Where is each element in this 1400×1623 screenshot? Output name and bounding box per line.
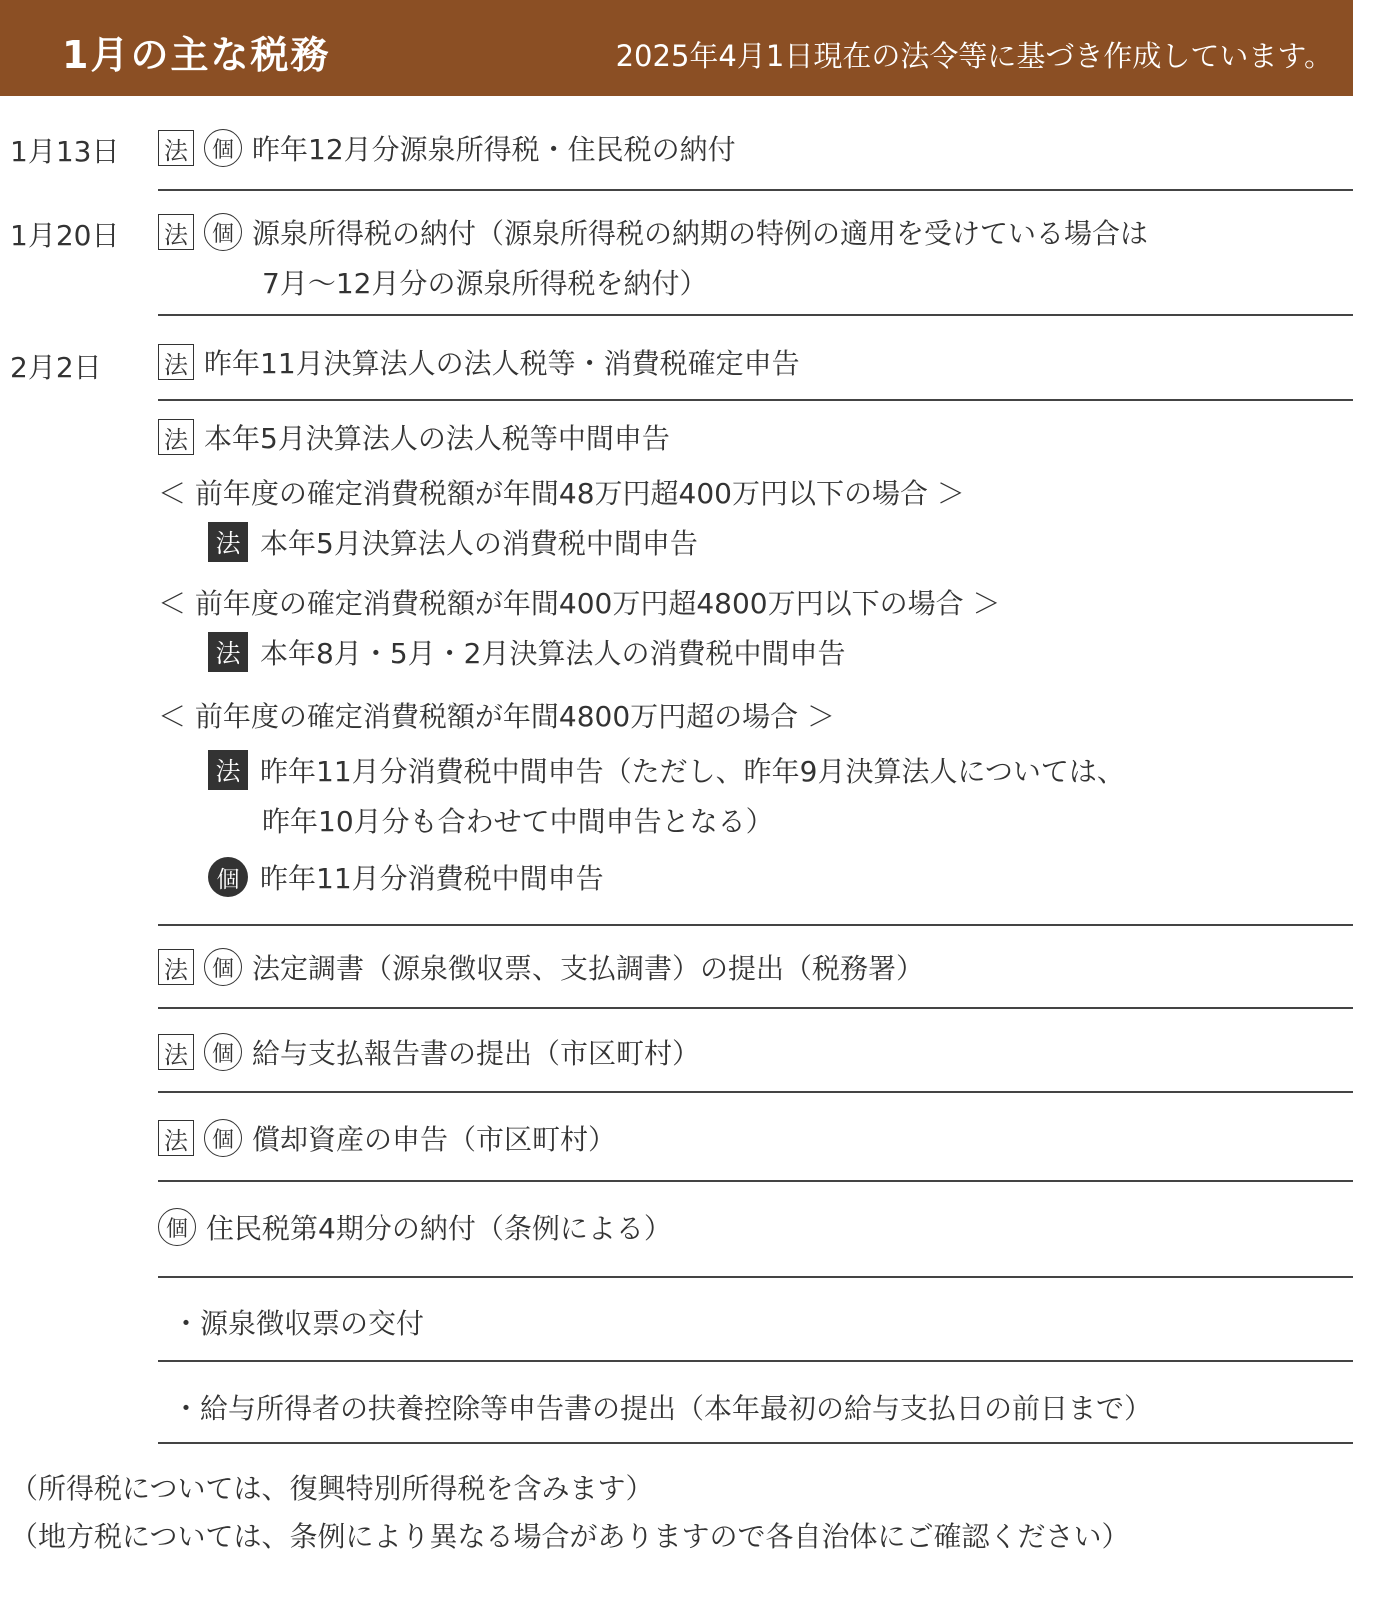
footnote: （地方税については、条例により異なる場合がありますので各自治体にご確認ください）: [10, 1515, 1129, 1555]
divider: [158, 1091, 1353, 1093]
condition-label: ＜ 前年度の確定消費税額が年間400万円超4800万円以下の場合 ＞: [158, 582, 1001, 622]
list-item: 法 個 源泉所得税の納付（源泉所得税の納期の特例の適用を受けている場合は: [158, 212, 1148, 252]
list-item: 法 本年5月決算法人の法人税等中間申告: [158, 417, 670, 457]
list-item: 個 住民税第4期分の納付（条例による）: [158, 1207, 672, 1247]
item-text: 昨年12月分源泉所得税・住民税の納付: [252, 128, 736, 168]
header-note: 2025年4月1日現在の法令等に基づき作成しています。: [616, 34, 1333, 75]
corp-badge-icon: 法: [158, 1034, 194, 1070]
divider: [158, 1360, 1353, 1362]
corp-badge-filled-icon: 法: [208, 632, 248, 672]
item-text: 本年5月決算法人の法人税等中間申告: [204, 417, 670, 457]
indiv-badge-icon: 個: [204, 129, 242, 167]
indiv-badge-icon: 個: [204, 1119, 242, 1157]
corp-badge-filled-icon: 法: [208, 750, 248, 790]
corp-badge-icon: 法: [158, 130, 194, 166]
list-item: 法 本年8月・5月・2月決算法人の消費税中間申告: [208, 632, 845, 672]
list-item: 法 昨年11月決算法人の法人税等・消費税確定申告: [158, 342, 800, 382]
item-text: 給与支払報告書の提出（市区町村）: [252, 1032, 700, 1072]
corp-badge-icon: 法: [158, 949, 194, 985]
corp-badge-icon: 法: [158, 1120, 194, 1156]
footnote: （所得税については、復興特別所得税を含みます）: [10, 1467, 653, 1507]
item-text: 本年8月・5月・2月決算法人の消費税中間申告: [260, 632, 845, 672]
divider: [158, 314, 1353, 316]
divider: [158, 1276, 1353, 1278]
indiv-badge-icon: 個: [158, 1208, 196, 1246]
item-text: 住民税第4期分の納付（条例による）: [206, 1207, 672, 1247]
indiv-badge-filled-icon: 個: [208, 857, 248, 897]
condition-label: ＜ 前年度の確定消費税額が年間4800万円超の場合 ＞: [158, 695, 835, 735]
divider: [158, 1442, 1353, 1444]
list-item: 個 昨年11月分消費税中間申告: [208, 857, 604, 897]
list-item: ・源泉徴収票の交付: [172, 1302, 424, 1342]
item-text: 本年5月決算法人の消費税中間申告: [260, 522, 698, 562]
item-text: 源泉所得税の納付（源泉所得税の納期の特例の適用を受けている場合は: [252, 212, 1148, 252]
date-label: 2月2日: [10, 346, 102, 386]
divider: [158, 399, 1353, 401]
indiv-badge-icon: 個: [204, 948, 242, 986]
list-item: 法 本年5月決算法人の消費税中間申告: [208, 522, 698, 562]
corp-badge-icon: 法: [158, 344, 194, 380]
corp-badge-icon: 法: [158, 214, 194, 250]
divider: [158, 1007, 1353, 1009]
list-item: 法 個 昨年12月分源泉所得税・住民税の納付: [158, 128, 736, 168]
corp-badge-filled-icon: 法: [208, 522, 248, 562]
divider: [158, 189, 1353, 191]
corp-badge-icon: 法: [158, 419, 194, 455]
item-text: 昨年11月分消費税中間申告（ただし、昨年9月決算法人については、: [260, 750, 1125, 790]
divider: [158, 1180, 1353, 1182]
list-item: 法 個 法定調書（源泉徴収票、支払調書）の提出（税務署）: [158, 947, 924, 987]
list-item: ・給与所得者の扶養控除等申告書の提出（本年最初の給与支払日の前日まで）: [172, 1387, 1152, 1427]
divider: [158, 924, 1353, 926]
list-item: 法 昨年11月分消費税中間申告（ただし、昨年9月決算法人については、: [208, 750, 1125, 790]
item-text: 昨年11月分消費税中間申告: [260, 857, 604, 897]
condition-label: ＜ 前年度の確定消費税額が年間48万円超400万円以下の場合 ＞: [158, 472, 965, 512]
item-text: 昨年11月決算法人の法人税等・消費税確定申告: [204, 342, 800, 382]
item-text-continued: 昨年10月分も合わせて中間申告となる）: [262, 800, 774, 840]
list-item: 法 個 給与支払報告書の提出（市区町村）: [158, 1032, 700, 1072]
page-title: 1月の主な税務: [62, 24, 330, 79]
list-item: 法 個 償却資産の申告（市区町村）: [158, 1118, 616, 1158]
date-label: 1月13日: [10, 130, 119, 170]
item-text-continued: 7月～12月分の源泉所得税を納付）: [262, 262, 707, 302]
item-text: 法定調書（源泉徴収票、支払調書）の提出（税務署）: [252, 947, 924, 987]
page-header: 1月の主な税務 2025年4月1日現在の法令等に基づき作成しています。: [0, 0, 1353, 96]
date-label: 1月20日: [10, 214, 119, 254]
indiv-badge-icon: 個: [204, 213, 242, 251]
indiv-badge-icon: 個: [204, 1033, 242, 1071]
item-text: 償却資産の申告（市区町村）: [252, 1118, 616, 1158]
